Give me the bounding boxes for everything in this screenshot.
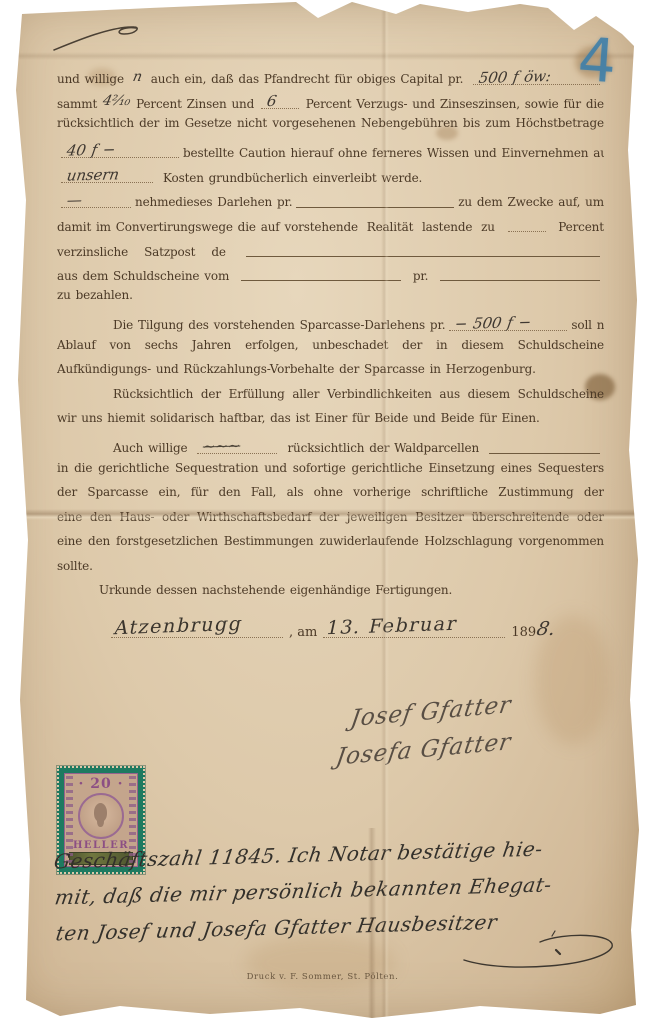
printed-text: auch ein, daß das Pfandrecht für obiges …: [151, 73, 464, 86]
document-line: sammt4²⁄₁₀Percent Zinsen und 6 Percent V…: [57, 87, 604, 112]
form-blank: [508, 218, 546, 232]
handwritten-entry: 40 f −: [66, 141, 117, 160]
document-line: unsern Kosten grundbücherlich einverleib…: [57, 160, 604, 185]
form-blank: [241, 267, 401, 281]
printed-text: Realität: [367, 221, 414, 234]
document-line: Aufkündigungs- und Rückzahlungs-Vorbehal…: [57, 357, 604, 382]
printed-text: , am: [289, 625, 317, 640]
form-blank: —: [61, 194, 131, 208]
handwritten-insert: n: [131, 69, 143, 85]
document-body: und willigenauch ein, daß das Pfandrecht…: [57, 62, 604, 603]
printed-text: bestellte Caution hierauf ohne ferneres …: [183, 147, 604, 160]
printed-text: soll nicht vor: [571, 319, 604, 332]
printed-text: Percent Zinsen und: [136, 98, 254, 111]
form-blank: [440, 267, 600, 281]
notary-annotation: Geschäftszahl 11845. Ich Notar bestätige…: [54, 829, 622, 952]
document-line: eine den Haus- oder Wirthschaftsbedarf d…: [57, 505, 604, 530]
printed-text: rücksichtlich der Waldparcellen: [287, 442, 479, 455]
document-line: und willigenauch ein, daß das Pfandrecht…: [57, 62, 604, 87]
document-line: — nehme dieses Darlehen pr. zu dem Zweck…: [57, 185, 604, 210]
printed-text: dieses Darlehen pr.: [175, 196, 292, 209]
handwritten-entry: unsern: [66, 165, 121, 184]
document-line: in die gerichtliche Sequestration und so…: [57, 456, 604, 481]
handwritten-place: Atzenbrugg: [112, 613, 245, 639]
handwritten-entry: 4²⁄₁₀: [101, 93, 132, 109]
handwritten-entry: —: [66, 190, 84, 208]
scanned-document: 4 und willigenauch ein, daß das Pfandrec…: [0, 0, 645, 1023]
date-line: Atzenbrugg , am 13. Februar 189 8.: [57, 618, 604, 640]
document-line: sollte.: [57, 554, 604, 579]
handwritten-date: 13. Februar: [324, 613, 460, 640]
page-number: 4: [576, 25, 619, 97]
printed-text: zu dem Zwecke auf, um: [458, 196, 604, 209]
emperor-medallion: [78, 793, 124, 839]
printed-text: Percent: [558, 221, 604, 234]
document-line: verzinsliche Satzpost de: [57, 234, 604, 259]
stamp-value: · 20 ·: [79, 776, 124, 792]
printed-text: nehme: [135, 196, 175, 209]
document-line: Rücksichtlich der Erfüllung aller Verbin…: [57, 382, 604, 407]
form-blank: 40 f −: [61, 144, 179, 158]
printed-text: sammt: [57, 98, 97, 111]
printed-text: damit im Convertirungswege die auf vorst…: [57, 221, 358, 234]
printed-text: verzinsliche: [57, 246, 128, 259]
printed-text: zu: [481, 221, 495, 234]
form-blank: − 500 f −: [449, 317, 567, 331]
printed-text: und willige: [57, 73, 124, 86]
handwritten-entry: 6: [266, 92, 278, 110]
place-blank: Atzenbrugg: [111, 621, 283, 638]
document-line: eine den forstgesetzlichen Bestimmungen …: [57, 529, 604, 554]
document-line: Die Tilgung des vorstehenden Sparcasse-D…: [57, 308, 604, 333]
form-blank: [296, 194, 454, 208]
document-line: zu bezahlen.: [57, 283, 604, 308]
printed-text: Percent Verzugs- und Zinseszinsen, sowie…: [306, 98, 604, 111]
printed-text: Auch willige: [113, 442, 187, 455]
document-line: wir uns hiemit solidarisch haftbar, das …: [57, 406, 604, 431]
pen-squiggle-mark: [48, 14, 148, 59]
document-line: Ablauf von sechs Jahren erfolgen, unbesc…: [57, 333, 604, 358]
form-blank: ~~~: [197, 440, 277, 454]
document-paper: 4 und willigenauch ein, daß das Pfandrec…: [0, 0, 645, 1023]
handwritten-year-digit: 8.: [535, 618, 558, 640]
printed-text: lastende: [422, 221, 472, 234]
form-blank: unsern: [61, 169, 153, 183]
printed-text: aus dem Schuldscheine vom: [57, 270, 229, 283]
date-blank: 13. Februar: [323, 621, 505, 638]
signature-block: Josef Gfatter Josefa Gfatter: [349, 687, 516, 775]
printed-year-prefix: 189: [511, 625, 536, 640]
document-line: 40 f − bestellte Caution hierauf ohne fe…: [57, 136, 604, 161]
document-line: Auch willige ~~~ rücksichtlich der Waldp…: [57, 431, 604, 456]
printed-text: Kosten grundbücherlich einverleibt werde…: [163, 172, 422, 185]
document-line: damit im Convertirungswege die auf vorst…: [57, 210, 604, 235]
printer-imprint: Druck v. F. Sommer, St. Pölten.: [0, 972, 645, 982]
document-line: Urkunde dessen nachstehende eigenhändige…: [57, 578, 604, 603]
handwritten-entry: 500 f öw:: [478, 67, 553, 87]
document-line: rücksichtlich der im Gesetze nicht vorge…: [57, 111, 604, 136]
form-blank: [489, 440, 600, 454]
form-blank: [246, 243, 600, 257]
printed-text: Satzpost: [144, 246, 195, 259]
stamp-value-number: 20: [90, 776, 111, 792]
printed-text: de: [211, 246, 225, 259]
emperor-portrait: [94, 803, 107, 822]
document-line: der Sparcasse ein, für den Fall, als ohn…: [57, 480, 604, 505]
handwritten-struck-entry: ~~~: [202, 436, 242, 455]
form-blank: 6: [261, 95, 299, 109]
printed-text: Die Tilgung des vorstehenden Sparcasse-D…: [113, 319, 445, 332]
handwritten-entry: − 500 f −: [454, 313, 533, 333]
document-line: aus dem Schuldscheine vom pr.: [57, 259, 604, 284]
printed-text: pr.: [413, 270, 428, 283]
